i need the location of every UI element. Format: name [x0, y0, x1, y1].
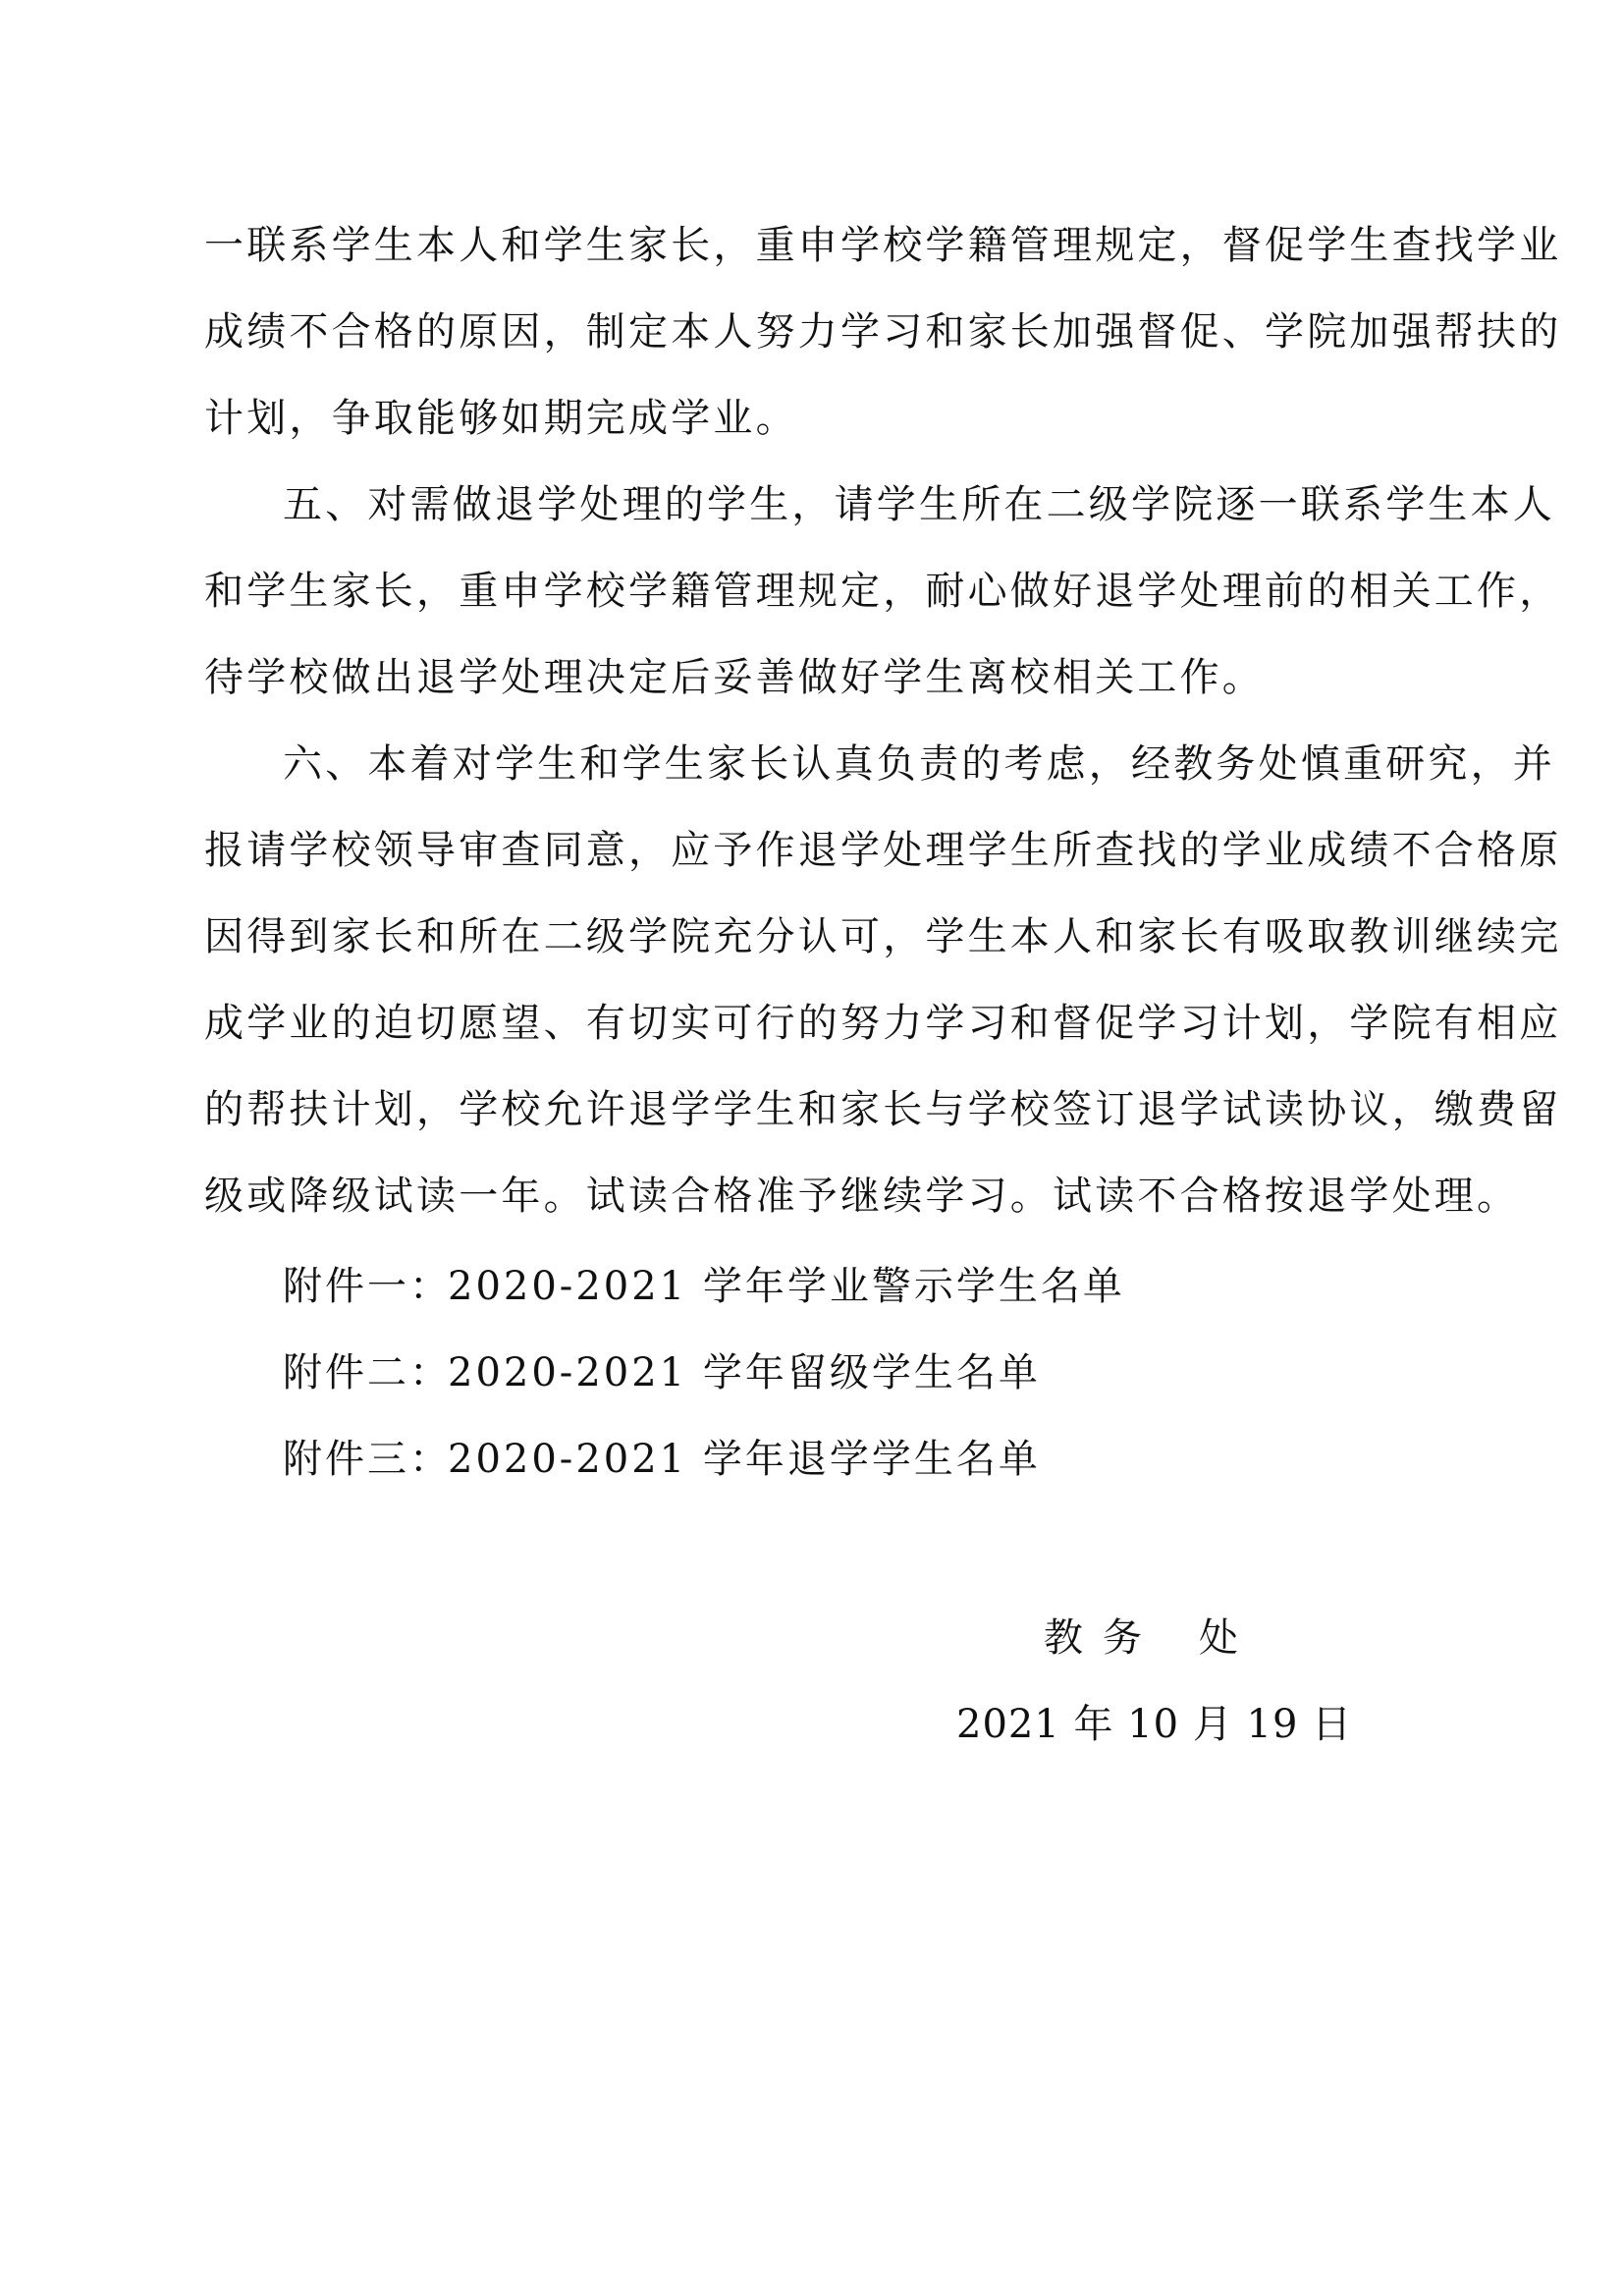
paragraph-line: 五、对需做退学处理的学生，请学生所在二级学院逐一联系学生本人	[204, 477, 1422, 564]
paragraph-line: 报请学校领导审查同意，应予作退学处理学生所查找的学业成绩不合格原	[204, 823, 1422, 909]
paragraph-line: 待学校做出退学处理决定后妥善做好学生离校相关工作。	[204, 650, 1422, 737]
paragraph-line: 六、本着对学生和学生家长认真负责的考虑，经教务处慎重研究，并	[204, 737, 1422, 823]
attachment-label: 附件二：	[283, 1345, 448, 1400]
attachments-list: 附件一：2020-2021 学年学业警示学生名单 附件二：2020-2021 学…	[283, 1259, 1125, 1518]
paragraph-line: 一联系学生本人和学生家长，重申学校学籍管理规定，督促学生查找学业	[204, 218, 1422, 304]
paragraph-line: 和学生家长，重申学校学籍管理规定，耐心做好退学处理前的相关工作，	[204, 564, 1422, 650]
attachment-title: 2020-2021 学年退学学生名单	[448, 1437, 1041, 1482]
signature-char: 务	[1103, 1611, 1142, 1666]
attachment-title: 2020-2021 学年学业警示学生名单	[448, 1264, 1125, 1309]
signature-org: 教务处	[1044, 1611, 1238, 1666]
signature-char: 教	[1044, 1611, 1083, 1666]
section-five: 五、对需做退学处理的学生，请学生所在二级学院逐一联系学生本人 和学生家长，重申学…	[204, 477, 1422, 737]
paragraph-line: 成绩不合格的原因，制定本人努力学习和家长加强督促、学院加强帮扶的	[204, 304, 1422, 391]
document-body: 一联系学生本人和学生家长，重申学校学籍管理规定，督促学生查找学业 成绩不合格的原…	[204, 218, 1422, 1255]
attachment-title: 2020-2021 学年留级学生名单	[448, 1350, 1041, 1395]
section-six: 六、本着对学生和学生家长认真负责的考虑，经教务处慎重研究，并 报请学校领导审查同…	[204, 737, 1422, 1255]
paragraph-line: 因得到家长和所在二级学院充分认可，学生本人和家长有吸取教训继续完	[204, 909, 1422, 996]
paragraph-line: 成学业的迫切愿望、有切实可行的努力学习和督促学习计划，学院有相应	[204, 996, 1422, 1082]
signature-char: 处	[1199, 1611, 1238, 1666]
paragraph-line: 级或降级试读一年。试读合格准予继续学习。试读不合格按退学处理。	[204, 1169, 1422, 1255]
paragraph-line: 的帮扶计划，学校允许退学学生和家长与学校签订退学试读协议，缴费留	[204, 1082, 1422, 1169]
signature-date: 2021 年 10 月 19 日	[956, 1697, 1352, 1752]
paragraph-line: 计划，争取能够如期完成学业。	[204, 391, 1422, 477]
paragraph-continuation: 一联系学生本人和学生家长，重申学校学籍管理规定，督促学生查找学业 成绩不合格的原…	[204, 218, 1422, 477]
document-page: 一联系学生本人和学生家长，重申学校学籍管理规定，督促学生查找学业 成绩不合格的原…	[0, 0, 1623, 2296]
attachment-item: 附件一：2020-2021 学年学业警示学生名单	[283, 1259, 1125, 1345]
attachment-item: 附件三：2020-2021 学年退学学生名单	[283, 1432, 1125, 1518]
attachment-label: 附件三：	[283, 1432, 448, 1487]
attachment-label: 附件一：	[283, 1259, 448, 1314]
attachment-item: 附件二：2020-2021 学年留级学生名单	[283, 1345, 1125, 1432]
